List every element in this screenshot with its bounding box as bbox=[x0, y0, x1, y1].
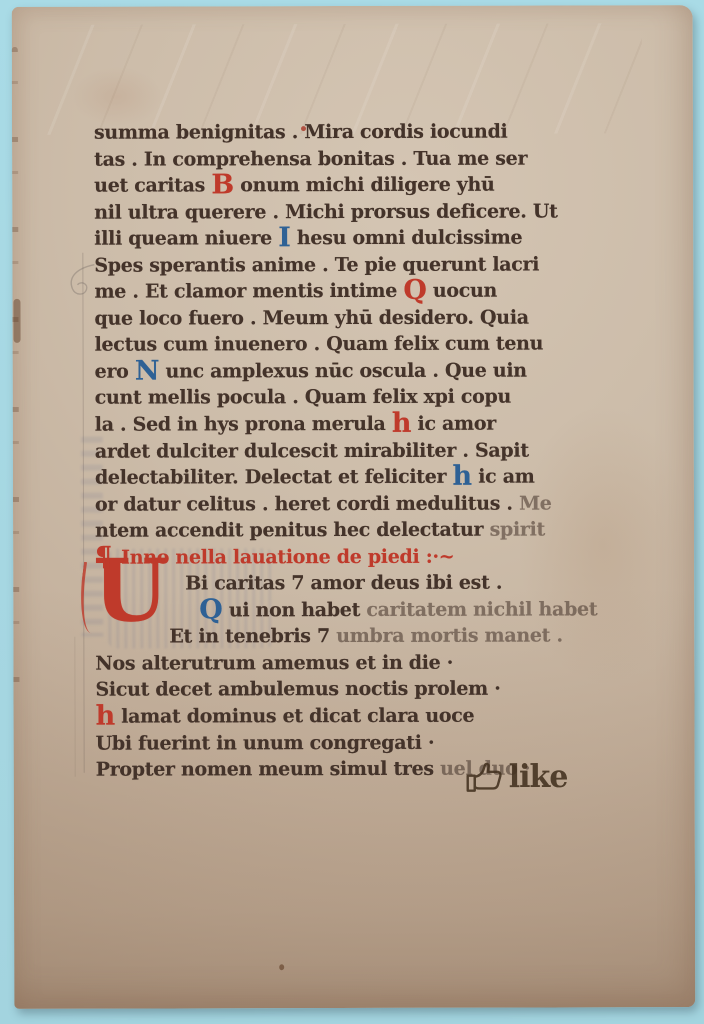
margin-flourish bbox=[64, 263, 98, 313]
text-segment: ic amor bbox=[411, 413, 496, 435]
illuminated-initial: B bbox=[211, 169, 234, 200]
text-line: Ubi fuerint in unum congregati · bbox=[96, 729, 588, 757]
text-segment: tas . In comprehensa bonitas . Tua me se… bbox=[94, 147, 527, 170]
text-segment: ic am bbox=[472, 466, 535, 488]
text-segment: hesu omni dulcissime bbox=[291, 227, 523, 250]
illuminated-initial: Q bbox=[403, 275, 426, 306]
like-label: like bbox=[509, 759, 568, 796]
text-line: ntem accendit penitus hec delectatur spi… bbox=[95, 517, 587, 545]
illuminated-initial: Q bbox=[199, 594, 222, 625]
text-line: ero N unc amplexus nūc oscula . Que uin bbox=[95, 357, 587, 385]
brown-speck bbox=[279, 964, 284, 970]
text-segment: Bi caritas 7 amor deus ibi est . bbox=[185, 572, 502, 595]
text-segment: Et in tenebris 7 bbox=[169, 625, 336, 647]
text-line: delectabiliter. Delectat et feliciter h … bbox=[95, 463, 587, 491]
text-segment: ui non habet bbox=[222, 599, 366, 621]
like-stamp: like bbox=[466, 759, 568, 794]
text-segment: ero bbox=[95, 360, 135, 382]
text-segment: illi queam niuere bbox=[94, 227, 278, 249]
illuminated-initial: h bbox=[452, 461, 471, 492]
illuminated-initial: N bbox=[135, 355, 159, 386]
text-segment: summa benignitas . Mira cordis iocundi bbox=[94, 121, 508, 144]
text-segment: me . Et clamor mentis intime bbox=[94, 280, 403, 303]
text-line: lectus cum inuenero . Quam felix cum ten… bbox=[95, 331, 587, 359]
illuminated-initial: h bbox=[392, 408, 411, 439]
text-segment: or datur celitus . heret cordi medulitus… bbox=[95, 492, 519, 515]
text-segment: Nos alterutrum amemus et in die · bbox=[95, 652, 453, 675]
text-line: Q ui non habet caritatem nichil habet bbox=[95, 596, 587, 624]
text-line: que loco fuero . Meum yhū desidero. Quia bbox=[94, 304, 586, 332]
text-segment: cunt mellis pocula . Quam felix xpi copu bbox=[95, 386, 511, 409]
text-line: ardet dulciter dulcescit mirabiliter . S… bbox=[95, 437, 587, 465]
text-segment: lamat dominus et dicat clara uoce bbox=[115, 705, 474, 728]
text-segment: uet caritas bbox=[94, 174, 211, 196]
text-line: tas . In comprehensa bonitas . Tua me se… bbox=[94, 145, 586, 173]
text-block: summa benignitas . Mira cordis iocundita… bbox=[94, 118, 588, 783]
text-segment: que loco fuero . Meum yhū desidero. Quia bbox=[94, 306, 528, 329]
text-line: nil ultra querere . Michi prorsus defice… bbox=[94, 198, 586, 226]
text-line: uet caritas B onum michi diligere yhū bbox=[94, 171, 586, 199]
illuminated-initial: h bbox=[96, 701, 115, 732]
text-segment: delectabiliter. Delectat et feliciter bbox=[95, 466, 453, 489]
text-segment: ntem accendit penitus hec delectatur bbox=[95, 519, 490, 542]
text-segment: Inno nella lauatione de piedi :·~ bbox=[121, 545, 454, 568]
text-segment: unc amplexus nūc oscula . Que uin bbox=[159, 359, 527, 382]
text-segment: spirit bbox=[490, 519, 545, 541]
text-segment: Propter nomen meum simul tres bbox=[96, 758, 440, 781]
text-segment: umbra mortis manet . bbox=[336, 625, 563, 648]
text-segment: ardet dulciter dulcescit mirabiliter . S… bbox=[95, 439, 529, 462]
text-segment: la . Sed in hys prona merula bbox=[95, 413, 392, 436]
text-line: ¶ Inno nella lauatione de piedi :·~ bbox=[95, 543, 587, 571]
text-line: Sicut decet ambulemus noctis prolem · bbox=[95, 676, 587, 704]
text-line: h lamat dominus et dicat clara uoce bbox=[96, 702, 588, 730]
text-segment: Me bbox=[519, 492, 552, 514]
text-line: Spes sperantis anime . Te pie querunt la… bbox=[94, 251, 586, 279]
text-segment: lectus cum inuenero . Quam felix cum ten… bbox=[95, 333, 544, 356]
text-line: cunt mellis pocula . Quam felix xpi copu bbox=[95, 384, 587, 412]
text-segment: nil ultra querere . Michi prorsus defice… bbox=[94, 200, 557, 223]
manuscript-page: U summa benignitas . Mira cordis iocundi… bbox=[12, 5, 696, 1009]
text-segment: onum michi diligere yhū bbox=[234, 174, 495, 197]
page-edge-specks bbox=[12, 47, 20, 687]
text-line: Nos alterutrum amemus et in die · bbox=[95, 649, 587, 677]
text-segment: Spes sperantis anime . Te pie querunt la… bbox=[94, 253, 539, 276]
parchment-stain bbox=[72, 67, 162, 127]
text-line: la . Sed in hys prona merula h ic amor bbox=[95, 410, 587, 438]
text-segment: caritatem nichil habet bbox=[366, 598, 597, 621]
text-line: Bi caritas 7 amor deus ibi est . bbox=[95, 570, 587, 598]
text-line: or datur celitus . heret cordi medulitus… bbox=[95, 490, 587, 518]
text-line: me . Et clamor mentis intime Q uocun bbox=[94, 278, 586, 306]
illuminated-initial: ¶ bbox=[95, 541, 121, 572]
thumbs-up-icon bbox=[466, 760, 506, 795]
text-line: Et in tenebris 7 umbra mortis manet . bbox=[95, 623, 587, 651]
photograph-background: U summa benignitas . Mira cordis iocundi… bbox=[0, 0, 704, 1024]
margin-ruling-line bbox=[74, 637, 75, 777]
text-line: illi queam niuere I hesu omni dulcissime bbox=[94, 225, 586, 253]
text-segment: Sicut decet ambulemus noctis prolem · bbox=[95, 678, 500, 701]
text-line: summa benignitas . Mira cordis iocundi bbox=[94, 118, 586, 146]
text-segment: Ubi fuerint in unum congregati · bbox=[96, 731, 435, 754]
text-segment: uocun bbox=[426, 280, 497, 302]
illuminated-initial: I bbox=[278, 222, 290, 253]
